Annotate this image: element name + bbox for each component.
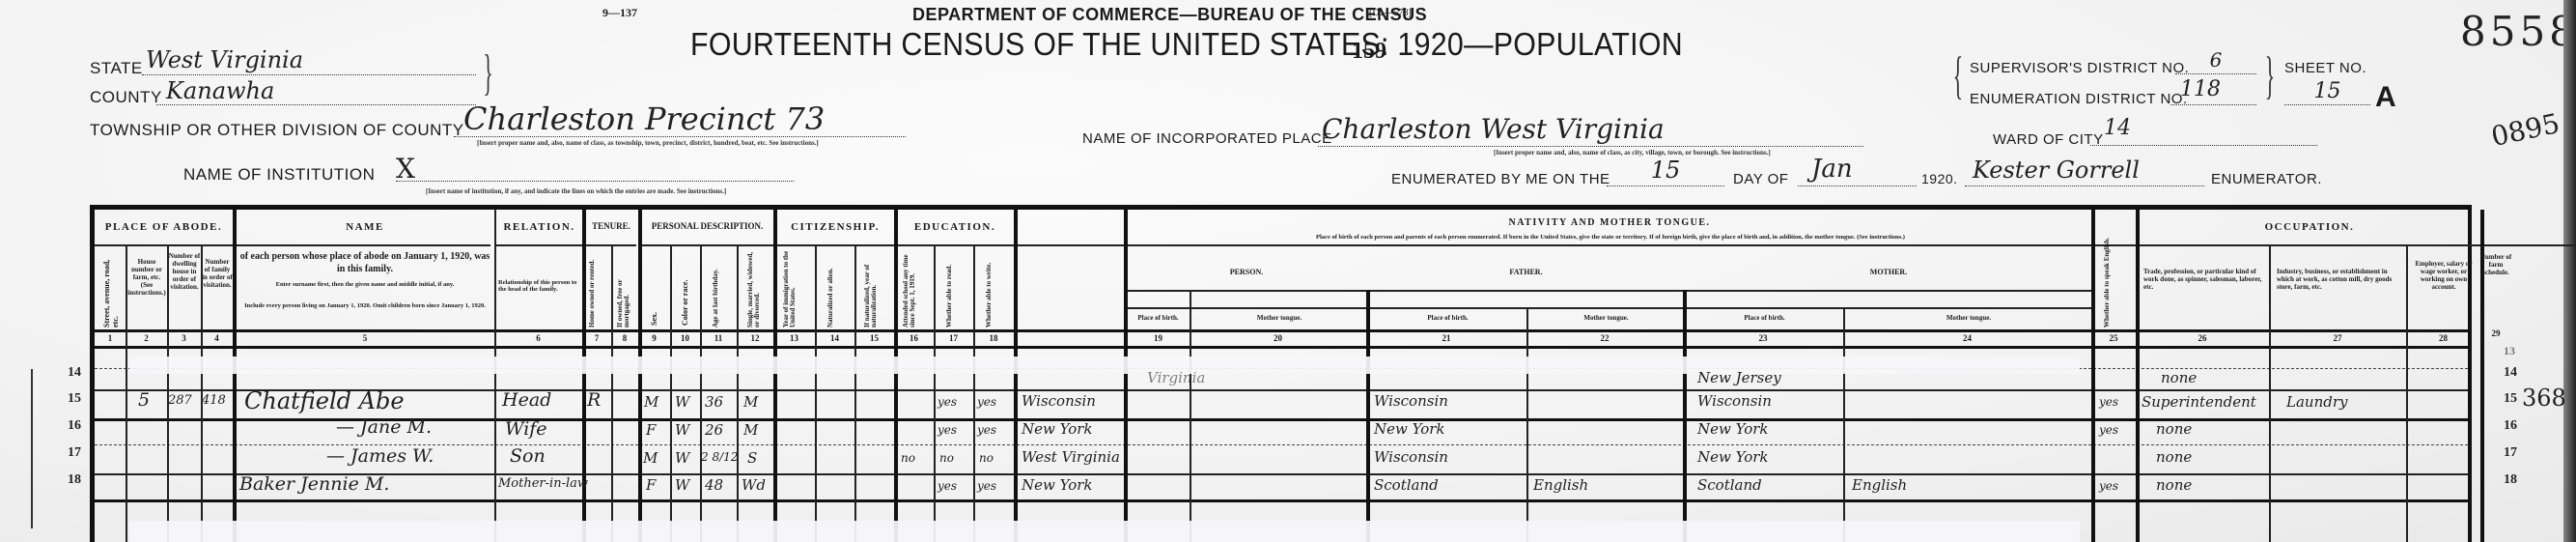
row18-father-tongue: English (1533, 476, 1588, 494)
institution-instruction: [Insert name of institution, if any, and… (426, 187, 726, 195)
col-line (1683, 290, 1687, 542)
row15-name: Chatfield Abe (244, 387, 405, 414)
day-of-label: DAY OF (1733, 171, 1788, 187)
col-24-header: Mother tongue. (1846, 314, 2091, 323)
col-number: 20 (1190, 333, 1366, 343)
col-line (1366, 290, 1370, 542)
sheet-side: A (2375, 81, 2396, 114)
col-11-header: Age at last birthday. (713, 250, 719, 328)
row-divider (95, 499, 2468, 502)
col-number: 4 (201, 333, 233, 343)
row18-race: W (675, 476, 689, 494)
township-value: Charleston Precinct 73 (454, 100, 825, 137)
row16-write: yes (977, 423, 996, 437)
incorporated-place-value: Charleston West Virginia (1318, 113, 1665, 145)
row16-marital: M (743, 421, 758, 439)
col-13-header: Year of immigration to the United States… (783, 250, 797, 328)
col-23-header: Place of birth. (1686, 314, 1843, 323)
department-heading: DEPARTMENT OF COMMERCE—BUREAU OF THE CEN… (912, 5, 1427, 25)
row15-house: 5 (138, 389, 150, 411)
col-number: 23 (1683, 333, 1843, 343)
year-label: 1920. (1921, 171, 1958, 186)
row18-relation: Mother-in-law (498, 476, 588, 491)
group-tenure: TENURE. (584, 221, 638, 231)
row18-father-birth: Scotland (1374, 476, 1439, 494)
margin-stamp-row: 368 (2522, 385, 2566, 412)
col-2-header: House number or farm, etc. (See instruct… (126, 258, 167, 297)
col-15-header: If naturalized, year of naturalization. (864, 250, 878, 328)
form-number: 9—137 (602, 6, 637, 20)
col-number: 24 (1843, 333, 2091, 343)
col-number: 7 (582, 333, 611, 343)
row16-race: W (675, 421, 689, 439)
col-number: 17 (934, 333, 973, 343)
row17-mother-birth: New York (1697, 448, 1769, 466)
divider (496, 244, 636, 246)
col-line (2136, 210, 2140, 542)
col-number: 8 (611, 333, 638, 343)
row15-father-birth: Wisconsin (1374, 392, 1448, 410)
supervisor-district-label: SUPERVISOR'S DISTRICT NO. (1970, 60, 2189, 76)
row17-school: no (901, 451, 915, 465)
col-line (2091, 210, 2095, 542)
row18-marital: Wd (742, 476, 766, 494)
col-line (894, 210, 898, 542)
col-8-header: If owned, free or mortgaged. (617, 250, 630, 328)
enumeration-district-value: 118 (2170, 77, 2221, 101)
row18-read: yes (938, 479, 957, 493)
col-number: 29 (2477, 328, 2515, 338)
township-instruction: [Insert proper name and, also, name of c… (477, 139, 819, 147)
district-brace-right: } (2265, 48, 2275, 102)
township-field[interactable]: Charleston Precinct 73 (454, 100, 906, 137)
group-education: EDUCATION. (896, 221, 1014, 233)
col-line (638, 210, 642, 542)
col-number: 21 (1366, 333, 1526, 343)
row17-father-birth: Wisconsin (1374, 448, 1448, 466)
line-number-right: 15 (2504, 391, 2517, 407)
col-3-header: Number of dwelling house in order of vis… (168, 252, 201, 291)
row-divider (95, 389, 2468, 391)
group-nativity: NATIVITY AND MOTHER TONGUE. (1127, 217, 2092, 228)
row15-read: yes (938, 395, 957, 409)
ward-label: WARD OF CITY (1993, 131, 2104, 148)
row18-write: yes (977, 479, 996, 493)
col-line (1190, 290, 1191, 542)
col-line (854, 244, 856, 542)
col-number: 2 (126, 333, 167, 343)
enumeration-district-field[interactable]: 118 (2170, 77, 2256, 105)
col-number: 5 (236, 333, 494, 343)
divider (642, 244, 2576, 246)
row15-dwelling: 287 (168, 393, 192, 408)
supervisor-district-value: 6 (2210, 48, 2223, 71)
col-line (233, 210, 237, 542)
col-21-header: Place of birth. (1369, 314, 1526, 323)
line-number-right: 18 (2504, 472, 2517, 488)
line-number-right: 16 (2504, 418, 2517, 434)
row15-write: yes (977, 395, 996, 409)
col-number: 18 (973, 333, 1014, 343)
col-number: 15 (854, 333, 894, 343)
divider (1124, 290, 2095, 292)
enumerated-day-value: 15 (1651, 157, 1681, 184)
divider (1124, 307, 2095, 309)
col-number: 11 (700, 333, 737, 343)
row15-sex: M (644, 393, 658, 411)
page-edge (2563, 0, 2576, 542)
sheet-number-label: SHEET NO. (2284, 60, 2366, 76)
margin-stamp-side: 0895 (2488, 107, 2562, 153)
group-citizenship: CITIZENSHIP. (776, 221, 894, 233)
col-number: 6 (494, 333, 582, 343)
group-father: FATHER. (1369, 268, 1683, 276)
group-place-of-abode: PLACE OF ABODE. (95, 221, 233, 233)
col-number: 16 (894, 333, 934, 343)
row17-age: 2 8/12 (701, 450, 738, 464)
county-label: COUNTY (90, 88, 162, 107)
col-line (494, 210, 496, 542)
line-number-right: 14 (2504, 365, 2517, 381)
row18-sex: F (646, 476, 656, 494)
sheet-number-value: 15 (2314, 79, 2341, 103)
col-5-note-surname: Enter surname first, then the given name… (239, 281, 490, 288)
col-number: 19 (1127, 333, 1190, 343)
divider (95, 346, 2468, 349)
row15-english: yes (2099, 395, 2118, 409)
institution-label: NAME OF INSTITUTION (183, 165, 375, 185)
row16-birth: New York (1022, 420, 1093, 438)
line-number-left: 15 (68, 391, 81, 407)
col-line (773, 210, 777, 542)
col-number: 1 (95, 333, 126, 343)
row17-read: no (939, 451, 954, 465)
form-code: [D1—578] (1369, 8, 1412, 18)
col-10-header: Color or race. (681, 258, 689, 326)
col-line (1124, 210, 1128, 542)
col-29-header: Number of farm schedule. (2477, 253, 2515, 276)
col-19-header: Place of birth. (1127, 314, 1190, 323)
row15-marital: M (743, 393, 758, 411)
enumerated-label: ENUMERATED BY ME ON THE (1391, 171, 1610, 187)
col-16-header: Attended school any time since Sept. 1, … (903, 250, 916, 328)
col-6-header: Relationship of this person to the head … (498, 279, 581, 293)
col-line (670, 244, 672, 542)
col-5-header: of each person whose place of abode on J… (239, 250, 490, 275)
col-number: 9 (638, 333, 670, 343)
col-18-header: Whether able to write. (986, 250, 993, 328)
line-number-left: 17 (68, 445, 81, 461)
institution-field[interactable]: X (396, 153, 794, 182)
col-line (815, 244, 817, 542)
col-number: 26 (2136, 333, 2269, 343)
state-field[interactable]: West Virginia (142, 46, 476, 75)
row18-birth: New York (1022, 476, 1093, 494)
census-sheet: 9—137 DEPARTMENT OF COMMERCE—BUREAU OF T… (0, 0, 2576, 542)
divider (95, 244, 490, 246)
col-line (934, 244, 936, 542)
page-title: FOURTEENTH CENSUS OF THE UNITED STATES: … (690, 26, 1683, 63)
row16-trade: none (2156, 420, 2192, 438)
ward-value: 14 (2090, 116, 2131, 140)
col-7-header: Home owned or rented. (589, 250, 596, 328)
row-divider (95, 418, 2468, 421)
col-5-note-include: Include every person living on January 1… (239, 302, 490, 309)
row17-marital: S (747, 449, 757, 467)
row16-age: 26 (705, 421, 723, 439)
col-28-header: Employer, salary or wage worker, or work… (2408, 260, 2479, 291)
col-number: 22 (1526, 333, 1683, 343)
row-divider (95, 444, 2468, 445)
col-12-header: Single, married, widowed, or divorced. (747, 250, 761, 328)
census-table: PLACE OF ABODE. NAME RELATION. TENURE. P… (90, 205, 2472, 542)
faded-band (129, 357, 2080, 374)
group-name: NAME (236, 221, 494, 233)
row16-relation: Wife (505, 418, 547, 440)
col-14-header: Naturalized or alien. (827, 250, 834, 328)
col-25-header: Whether able to speak English. (2104, 217, 2111, 328)
row15-relation: Head (502, 389, 551, 411)
margin-bracket (31, 369, 33, 528)
row17-name: — James W. (326, 445, 434, 467)
row18-name: Baker Jennie M. (239, 473, 389, 495)
col-26-header: Trade, profession, or particular kind of… (2143, 268, 2265, 291)
col-line (737, 244, 739, 542)
supervisor-district-field[interactable]: 6 (2175, 48, 2256, 74)
enumerated-day-field[interactable]: 15 (1607, 157, 1724, 186)
row15-tenure: R (587, 389, 601, 411)
row14-mother-birth: New Jersey (1697, 369, 1781, 386)
group-personal-description: PERSONAL DESCRIPTION. (641, 221, 773, 231)
col-number: 3 (167, 333, 201, 343)
enumeration-district-label: ENUMERATION DISTRICT NO. (1970, 91, 2188, 107)
row15-trade: Superintendent (2142, 393, 2256, 411)
line-number-right: 17 (2504, 445, 2517, 461)
col-number: 13 (773, 333, 815, 343)
line-number-left: 18 (68, 472, 81, 488)
faded-band (129, 521, 2080, 542)
county-value: Kanawha (156, 77, 274, 104)
col-9-header: Sex. (650, 287, 658, 326)
row18-mother-birth: Scotland (1697, 476, 1762, 494)
incorporated-place-instruction: [Insert proper name and, also, name of c… (1494, 149, 1771, 157)
row15-race: W (675, 393, 689, 411)
col-22-header: Mother tongue. (1529, 314, 1683, 323)
row15-birth: Wisconsin (1022, 392, 1096, 410)
col-4-header: Number of family in order of visitation. (202, 258, 233, 289)
col-line (700, 244, 702, 542)
row17-birth: West Virginia (1022, 448, 1120, 466)
col-line (973, 244, 975, 542)
col-number: 25 (2091, 333, 2136, 343)
row15-age: 36 (705, 393, 723, 411)
row17-sex: M (643, 449, 658, 467)
col-line (1014, 210, 1018, 542)
enumerated-month-field[interactable]: Jan (1798, 155, 1917, 186)
row15-industry: Laundry (2286, 393, 2347, 411)
col-line (582, 210, 586, 542)
row18-age: 48 (705, 476, 723, 494)
col-1-header: Street, avenue, road, etc. (102, 250, 120, 328)
state-county-brace: } (483, 46, 492, 100)
row17-trade: none (2156, 448, 2192, 466)
district-brace-left: { (1953, 48, 1963, 102)
enumerator-name-value: Kester Gorrell (1965, 157, 2140, 184)
row18-trade: none (2156, 476, 2192, 494)
row16-sex: F (646, 421, 656, 439)
sheet-number-field[interactable]: 15 (2284, 79, 2370, 105)
page-stamp: 159 (1352, 39, 1386, 65)
divider (95, 329, 2468, 332)
group-relation: RELATION. (496, 221, 582, 233)
col-line (611, 244, 613, 542)
row17-relation: Son (510, 445, 546, 467)
group-occupation: OCCUPATION. (2139, 221, 2480, 233)
nativity-note: Place of birth of each person and parent… (1147, 234, 2074, 242)
row14-birth: Virginia (1147, 369, 1205, 386)
line-number-left: 14 (68, 365, 81, 381)
ward-field[interactable]: 14 (2090, 116, 2317, 146)
row16-mother-birth: New York (1697, 420, 1769, 438)
incorporated-place-field[interactable]: Charleston West Virginia (1318, 113, 1863, 147)
group-person: PERSON. (1127, 268, 1366, 276)
row16-father-birth: New York (1374, 420, 1445, 438)
row17-race: W (675, 449, 689, 467)
state-value: West Virginia (142, 46, 303, 73)
row15-mother-birth: Wisconsin (1697, 392, 1772, 410)
col-number: 27 (2269, 333, 2406, 343)
margin-stamp-top: 8558 (2460, 8, 2576, 55)
col-number: 14 (815, 333, 854, 343)
row18-mother-tongue: English (1852, 476, 1907, 494)
col-line (2269, 244, 2271, 542)
row16-read: yes (938, 423, 957, 437)
township-label: TOWNSHIP OR OTHER DIVISION OF COUNTY (90, 121, 464, 140)
col-20-header: Mother tongue. (1192, 314, 1366, 323)
row-divider (95, 473, 2468, 475)
col-17-header: Whether able to read. (946, 250, 953, 328)
col-number: 12 (737, 333, 773, 343)
institution-value: X (396, 153, 415, 185)
enumerator-label: ENUMERATOR. (2211, 171, 2322, 187)
state-label: STATE (90, 59, 143, 78)
line-number-left: 16 (68, 418, 81, 434)
row16-english: yes (2099, 423, 2118, 437)
row14-trade: none (2161, 369, 2197, 386)
enumerator-name-field[interactable]: Kester Gorrell (1965, 157, 2204, 186)
county-field[interactable]: Kanawha (156, 77, 476, 105)
col-number: 10 (670, 333, 700, 343)
line-number-right: 13 (2504, 344, 2515, 358)
incorporated-place-label: NAME OF INCORPORATED PLACE (1082, 130, 1332, 147)
col-number: 28 (2406, 333, 2480, 343)
row17-write: no (979, 451, 994, 465)
row16-name: — Jane M. (336, 416, 432, 438)
group-mother: MOTHER. (1686, 268, 2091, 276)
row15-family: 418 (202, 393, 226, 408)
col-27-header: Industry, business, or establishment in … (2277, 268, 2402, 291)
enumerated-month-value: Jan (1798, 155, 1853, 184)
row18-english: yes (2099, 479, 2118, 493)
